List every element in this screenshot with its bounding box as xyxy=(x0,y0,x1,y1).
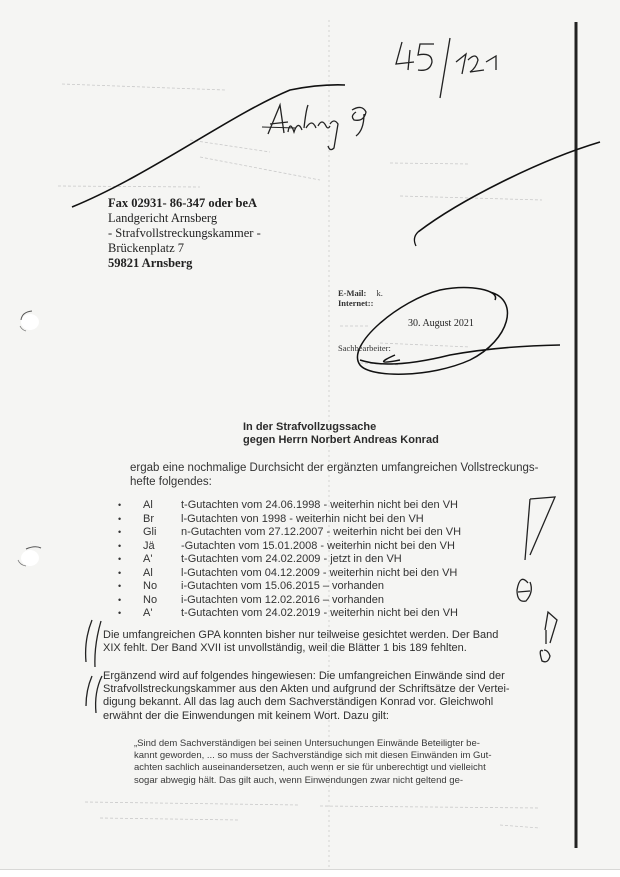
court-name: Landgericht Arnsberg xyxy=(108,211,261,226)
page-bottom-edge xyxy=(0,869,620,877)
bullet-icon: • xyxy=(118,513,143,527)
report-text: i-Gutachten vom 15.06.2015 – vorhanden xyxy=(181,580,384,592)
letter-date: 30. August 2021 xyxy=(408,318,474,329)
report-text: n-Gutachten vom 27.12.2007 - weiterhin n… xyxy=(181,526,461,538)
report-author: No xyxy=(143,594,181,608)
case-header-line1: In der Strafvollzugssache xyxy=(243,421,439,434)
email-label: E-Mail: xyxy=(338,288,366,298)
report-author: No xyxy=(143,580,181,594)
bullet-icon: • xyxy=(118,553,143,567)
report-item: •Brl-Gutachten von 1998 - weiterhin nich… xyxy=(118,513,461,527)
bullet-icon: • xyxy=(118,526,143,540)
report-author: A' xyxy=(143,553,181,567)
report-item: •All-Gutachten vom 04.12.2009 - weiterhi… xyxy=(118,567,461,581)
case-header: In der Strafvollzugssache gegen Herrn No… xyxy=(243,421,439,447)
email-value: k. xyxy=(376,288,382,298)
case-header-line2: gegen Herrn Norbert Andreas Konrad xyxy=(243,434,439,447)
report-author: Al xyxy=(143,499,181,513)
internet-label: Internet:: xyxy=(338,298,373,308)
report-author: Jä xyxy=(143,540,181,554)
report-text: -Gutachten vom 15.01.2008 - weiterhin ni… xyxy=(181,540,455,552)
recipient-address: Fax 02931- 86-347 oder beA Landgericht A… xyxy=(108,196,261,271)
bullet-icon: • xyxy=(118,540,143,554)
paragraph-line: erwähnt der die Einwendungen mit keinem … xyxy=(103,710,523,723)
bullet-icon: • xyxy=(118,580,143,594)
intro-line: hefte folgendes: xyxy=(130,475,538,489)
paragraph-gpa: Die umfangreichen GPA konnten bisher nur… xyxy=(103,629,523,655)
quote-line: „Sind dem Sachverständigen bei seinen Un… xyxy=(134,738,544,750)
email-row: E-Mail: k. xyxy=(338,288,383,298)
city: 59821 Arnsberg xyxy=(108,256,261,271)
paragraph-line: digung bekannt. All das lag auch dem Sac… xyxy=(103,696,523,709)
paragraph-line: XIX fehlt. Der Band XVII ist unvollständ… xyxy=(103,642,523,655)
street: Brückenplatz 7 xyxy=(108,241,261,256)
expert-report-list: •Alt-Gutachten vom 24.06.1998 - weiterhi… xyxy=(118,499,461,621)
legal-quote: „Sind dem Sachverständigen bei seinen Un… xyxy=(134,738,544,787)
report-item: •A't-Gutachten vom 24.02.2019 - weiterhi… xyxy=(118,607,461,621)
report-author: Gli xyxy=(143,526,181,540)
report-text: t-Gutachten vom 24.06.1998 - weiterhin n… xyxy=(181,499,458,511)
report-text: l-Gutachten von 1998 - weiterhin nicht b… xyxy=(181,513,424,525)
report-text: t-Gutachten vom 24.02.2019 - weiterhin n… xyxy=(181,607,458,619)
bullet-icon: • xyxy=(118,499,143,513)
report-item: •Glin-Gutachten vom 27.12.2007 - weiterh… xyxy=(118,526,461,540)
report-item: •A't-Gutachten vom 24.02.2009 - jetzt in… xyxy=(118,553,461,567)
chamber-name: - Strafvollstreckungskammer - xyxy=(108,226,261,241)
intro-line: ergab eine nochmalige Durchsicht der erg… xyxy=(130,461,538,475)
internet-row: Internet:: xyxy=(338,298,373,308)
report-text: l-Gutachten vom 04.12.2009 - weiterhin n… xyxy=(181,567,457,579)
report-author: Br xyxy=(143,513,181,527)
bullet-icon: • xyxy=(118,607,143,621)
paragraph-line: Die umfangreichen GPA konnten bisher nur… xyxy=(103,629,523,642)
bullet-icon: • xyxy=(118,567,143,581)
quote-line: sogar abwegig hält. Das gilt auch, wenn … xyxy=(134,775,544,787)
report-item: •Alt-Gutachten vom 24.06.1998 - weiterhi… xyxy=(118,499,461,513)
report-text: i-Gutachten vom 12.02.2016 – vorhanden xyxy=(181,594,384,606)
paragraph-line: Strafvollstreckungskammer aus den Akten … xyxy=(103,683,523,696)
paragraph-line: Ergänzend wird auf folgendes hingewiesen… xyxy=(103,670,523,683)
quote-line: achten sachlich auseinandersetzen, auch … xyxy=(134,762,544,774)
paragraph-objections: Ergänzend wird auf folgendes hingewiesen… xyxy=(103,670,523,723)
bullet-icon: • xyxy=(118,594,143,608)
clerk-label: Sachbearbeiter: xyxy=(338,343,391,353)
report-item: •Jä-Gutachten vom 15.01.2008 - weiterhin… xyxy=(118,540,461,554)
quote-line: kannt geworden, ... so muss der Sachvers… xyxy=(134,750,544,762)
report-text: t-Gutachten vom 24.02.2009 - jetzt in de… xyxy=(181,553,402,565)
report-item: •Noi-Gutachten vom 12.02.2016 – vorhande… xyxy=(118,594,461,608)
report-author: Al xyxy=(143,567,181,581)
report-author: A' xyxy=(143,607,181,621)
intro-text: ergab eine nochmalige Durchsicht der erg… xyxy=(130,461,538,489)
fax-line: Fax 02931- 86-347 oder beA xyxy=(108,196,261,211)
report-item: •Noi-Gutachten vom 15.06.2015 – vorhande… xyxy=(118,580,461,594)
